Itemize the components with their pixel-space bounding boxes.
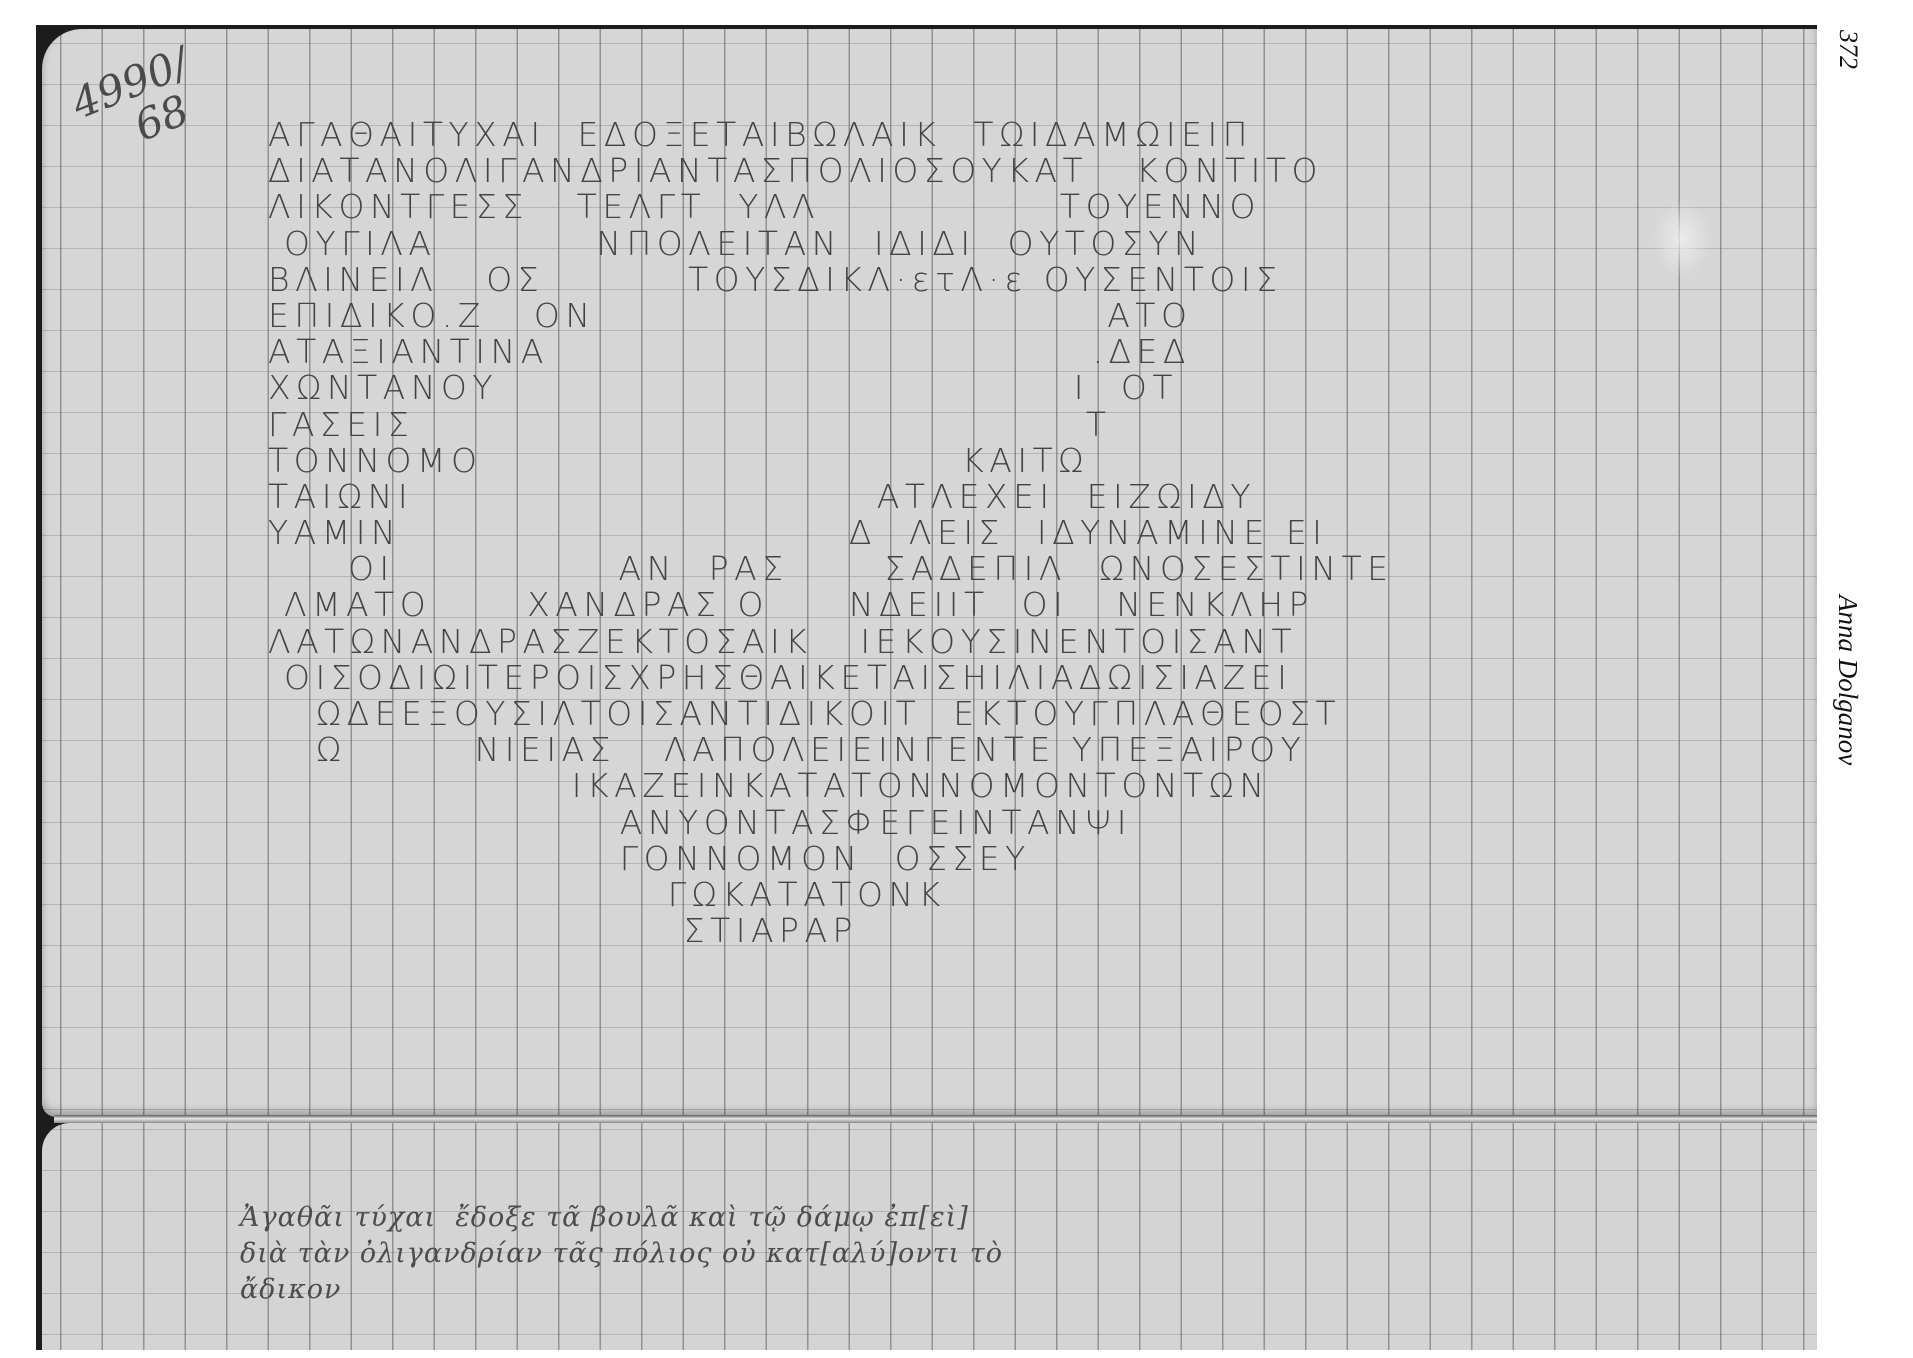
inscription-line: ΣΤΙΑΡΑΡ: [268, 913, 1393, 949]
inscription-line: ΓΟΝΝΟΜΟΝ ΟΣΣΕΥ: [268, 841, 1393, 877]
inscription-line: ΓΩΚΑΤΑΤΟΝΚ: [268, 877, 1393, 913]
inscription-line: ΥΑΜΙΝ Δ ΛΕΙΣ ΙΔΥΝΑΜΙΝΕ ΕΙ: [268, 515, 1393, 551]
paper-smudge: [1652, 199, 1712, 279]
running-head-author: Anna Dolganov: [1832, 595, 1863, 765]
inscription-line: ΓΑΣΕΙΣ Τ: [268, 407, 1393, 443]
inscription-line: ΟΙ ΑΝ ΡΑΣ ΣΑΔΕΠΙΛ ΩΝΟΣΕΣΤΙΝΤΕ: [268, 551, 1393, 587]
inscription-line: ΧΩΝΤΑΝΟΥ Ι ΟΤ: [268, 370, 1393, 406]
inscription-line: ΑΓΑΘΑΙΤΥΧΑΙ ΕΔΟΞΕΤΑΙΒΩΛΑΙΚ ΤΩΙΔΑΜΩΙΕΙΠ: [268, 117, 1393, 153]
inscription-line: ΑΤΑΞΙΑΝΤΙΝΑ .ΔΕΔ: [268, 334, 1393, 370]
inscription-line: ΕΠΙΔΙΚΟ.Ζ ΟΝ ΑΤΟ: [268, 298, 1393, 334]
handwritten-transliteration: Ἀγαθᾶι τύχαι ἔδοξε τᾶ βουλᾶ καὶ τῷ δάμῳ …: [240, 1200, 1003, 1308]
inscription-line: ΤΑΙΩΝΙ ΑΤΛΕΧΕΙ ΕΙΖΩΙΔΥ: [268, 479, 1393, 515]
inscription-line: ΤΟΝΝΟΜΟ ΚΑΙΤΩ: [268, 443, 1393, 479]
inscription-facsimile: ΑΓΑΘΑΙΤΥΧΑΙ ΕΔΟΞΕΤΑΙΒΩΛΑΙΚ ΤΩΙΔΑΜΩΙΕΙΠΔΙ…: [268, 117, 1393, 949]
page-number: 372: [1833, 30, 1863, 69]
inscription-line: Ω ΝΙΕΙΑΣ ΛΑΠΟΛΕΙΕΙΝΓΕΝΤΕ ΥΠΕΞΑΙΡΟΥ: [268, 732, 1393, 768]
inscription-line: ΛΙΚΟΝΤΓΕΣΣ ΤΕΛΓΤ ΥΛΛ ΤΟΥΕΝΝΟ: [268, 189, 1393, 225]
transliteration-line: ἄδικον: [240, 1272, 1003, 1308]
inscription-line: ΟΥΓΙΛΑ ΝΠΟΛΕΙΤΑΝ ΙΔΙΔΙ ΟΥΤΟΣΥΝ: [268, 226, 1393, 262]
inscription-line: ΒΛΙΝΕΙΛ ΟΣ ΤΟΥΣΔΙΚΛ·ετΛ·ε ΟΥΣΕΝΤΟΙΣ: [268, 262, 1393, 298]
inscription-line: ΟΙΣΟΔΙΩΙΤΕΡΟΙΣΧΡΗΣΘΑΙΚΕΤΑΙΣΗΙΛΙΑΔΩΙΣΙΑΖΕ…: [268, 660, 1393, 696]
inscription-line: ΛΑΤΩΝΑΝΔΡΑΣΖΕΚΤΟΣΑΙΚ ΙΕΚΟΥΣΙΝΕΝΤΟΙΣΑΝΤ: [268, 624, 1393, 660]
inscription-line: ΑΝΥΟΝΤΑΣΦΕΓΕΙΝΤΑΝΨΙ: [268, 805, 1393, 841]
inscription-line: ΙΚΑΖΕΙΝΚΑΤΑΤΟΝΝΟΜΟΝΤΟΝΤΩΝ: [268, 768, 1393, 804]
notebook-fold: [54, 1115, 1817, 1123]
transliteration-line: διὰ τὰν ὀλιγανδρίαν τᾶς πόλιος οὐ κατ[αλ…: [240, 1236, 1003, 1272]
inscription-line: ΔΙΑΤΑΝΟΛΙΓΑΝΔΡΙΑΝΤΑΣΠΟΛΙΟΣΟΥΚΑΤ ΚΟΝΤΙΤΟ: [268, 153, 1393, 189]
inscription-line: ΩΔΕΕΞΟΥΣΙΛΤΟΙΣΑΝΤΙΔΙΚΟΙΤ ΕΚΤΟΥΓΠΛΑΘΕΟΣΤ: [268, 696, 1393, 732]
transliteration-line: Ἀγαθᾶι τύχαι ἔδοξε τᾶ βουλᾶ καὶ τῷ δάμῳ …: [240, 1200, 1003, 1236]
inscription-line: ΛΜΑΤΟ ΧΑΝΔΡΑΣ Ο ΝΔΕΙΙΤ ΟΙ ΝΕΝΚΛΗΡ: [268, 587, 1393, 623]
